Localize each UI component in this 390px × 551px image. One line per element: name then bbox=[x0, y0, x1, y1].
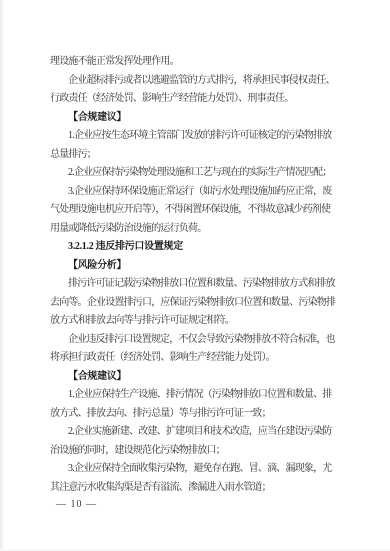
document-line: 用量或降低污染防治设施的运行负荷。 bbox=[50, 220, 350, 239]
document-line: 其注意污水收集沟渠是否有溢流、渗漏进入雨水管道； bbox=[50, 479, 350, 498]
document-body: 理设施不能正常发挥处理作用。企业超标排污或者以逃避监管的方式排污，将承担民事侵权… bbox=[50, 53, 350, 497]
document-line: 放方式、排放去向、排污总量）等与排污许可证一致； bbox=[50, 405, 350, 424]
section-heading: 3.2.1.2 违反排污口设置规定 bbox=[50, 238, 350, 257]
document-line: 1.企业应按生态环境主管部门发放的排污许可证核定的污染物排放 bbox=[50, 127, 350, 146]
bracket-label: 【合规建议】 bbox=[50, 368, 350, 387]
document-line: 将承担行政责任（经济处罚、影响生产经营能力处罚）。 bbox=[50, 349, 350, 368]
document-line: 1.企业应保持生产设施、排污情况（污染物排放口位置和数量、排 bbox=[50, 386, 350, 405]
document-line: 3.企业应保持环保设施正常运行（如污水处理设施加药应正常，废 bbox=[50, 183, 350, 202]
document-line: 企业违反排污口设置规定，不仅会导致污染物排放不符合标准，也 bbox=[50, 331, 350, 350]
document-line: 行政责任（经济处罚、影响生产经营能力处罚）、刑事责任。 bbox=[50, 90, 350, 109]
document-line: 2.企业实施新建、改建、扩建项目和技术改造，应当在建设污染防 bbox=[50, 423, 350, 442]
document-line: 2.企业应保持污染物处理设施和工艺与现在的实际生产情况匹配； bbox=[50, 164, 350, 183]
document-line: 去向等。企业设置排污口，应保证污染物排放口位置和数量、污染物排 bbox=[50, 294, 350, 313]
document-line: 总量排污； bbox=[50, 146, 350, 165]
document-line: 排污许可证记载污染物排放口位置和数量、污染物排放方式和排放 bbox=[50, 275, 350, 294]
document-line: 3.企业应保持全面收集污染物，避免存在跑、冒、滴、漏现象，尤 bbox=[50, 460, 350, 479]
document-line: 治设施的同时，建设规范化污染物排放口； bbox=[50, 442, 350, 461]
page-number: — 10 — bbox=[56, 499, 97, 510]
page-left-edge-shadow bbox=[0, 0, 4, 551]
document-line: 理设施不能正常发挥处理作用。 bbox=[50, 53, 350, 72]
document-page: 理设施不能正常发挥处理作用。企业超标排污或者以逃避监管的方式排污，将承担民事侵权… bbox=[0, 0, 390, 551]
document-line: 企业超标排污或者以逃避监管的方式排污，将承担民事侵权责任、 bbox=[50, 72, 350, 91]
document-line: 气处理设施电机应开启等），不得闲置环保设施，不得故意减少药剂使 bbox=[50, 201, 350, 220]
document-line: 放方式和排放去向等与排污许可证规定相符。 bbox=[50, 312, 350, 331]
bracket-label: 【合规建议】 bbox=[50, 109, 350, 128]
bracket-label: 【风险分析】 bbox=[50, 257, 350, 276]
